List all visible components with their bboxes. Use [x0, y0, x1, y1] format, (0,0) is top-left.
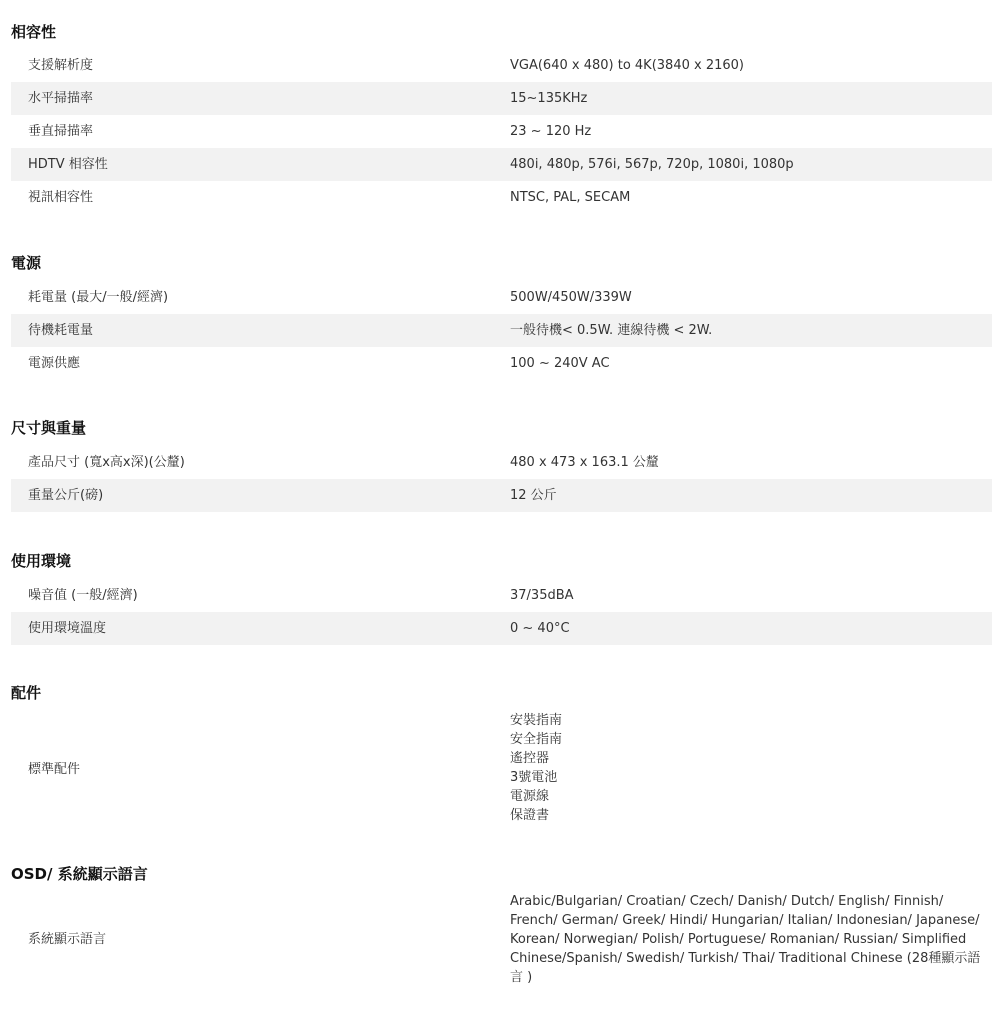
spec-label: 垂直掃描率: [28, 115, 93, 148]
spec-label: 使用環境溫度: [28, 612, 106, 645]
section-title-accessories: 配件: [11, 683, 41, 703]
spec-row-display-languages: 系統顯示語言 Arabic/Bulgarian/ Croatian/ Czech…: [11, 892, 992, 992]
spec-label: 水平掃描率: [28, 82, 93, 115]
spec-value: 100 ~ 240V AC: [510, 347, 610, 380]
spec-row-horizontal-scan: 水平掃描率 15~135KHz: [11, 82, 992, 115]
spec-value: 15~135KHz: [510, 82, 587, 115]
accessory-item: 遙控器: [510, 749, 562, 768]
accessory-list-container: 安裝指南 安全指南 遙控器 3號電池 電源線 保證書: [510, 711, 562, 825]
spec-value: NTSC, PAL, SECAM: [510, 181, 630, 214]
section-title-dimensions: 尺寸與重量: [11, 418, 86, 438]
spec-value: 480i, 480p, 576i, 567p, 720p, 1080i, 108…: [510, 148, 794, 181]
spec-label: 噪音值 (一般/經濟): [28, 579, 138, 612]
spec-value: 23 ~ 120 Hz: [510, 115, 591, 148]
spec-label: 耗電量 (最大/一般/經濟): [28, 281, 168, 314]
section-title-environment: 使用環境: [11, 551, 71, 571]
section-title-power: 電源: [11, 253, 41, 273]
spec-value: 0 ~ 40°C: [510, 612, 570, 645]
spec-value: 一般待機< 0.5W. 連線待機 < 2W.: [510, 314, 712, 347]
accessory-item: 保證書: [510, 806, 562, 825]
spec-label: 重量公斤(磅): [28, 479, 103, 512]
spec-label: 支援解析度: [28, 49, 93, 82]
accessory-item: 電源線: [510, 787, 562, 806]
accessory-item: 安裝指南: [510, 711, 562, 730]
spec-value: 37/35dBA: [510, 579, 574, 612]
spec-row-vertical-scan: 垂直掃描率 23 ~ 120 Hz: [11, 115, 992, 148]
spec-value: 500W/450W/339W: [510, 281, 632, 314]
spec-label: 標準配件: [28, 760, 80, 779]
spec-value: 480 x 473 x 163.1 公釐: [510, 446, 659, 479]
section-title-osd-language: OSD/ 系統顯示語言: [11, 864, 148, 884]
spec-value: VGA(640 x 480) to 4K(3840 x 2160): [510, 49, 744, 82]
language-list-text: Arabic/Bulgarian/ Croatian/ Czech/ Danis…: [510, 892, 985, 987]
spec-row-power-consumption: 耗電量 (最大/一般/經濟) 500W/450W/339W: [11, 281, 992, 314]
spec-row-video-compat: 視訊相容性 NTSC, PAL, SECAM: [11, 181, 992, 214]
spec-row-standard-accessories: 標準配件 安裝指南 安全指南 遙控器 3號電池 電源線 保證書: [11, 711, 992, 831]
spec-row-hdtv-compat: HDTV 相容性 480i, 480p, 576i, 567p, 720p, 1…: [11, 148, 992, 181]
spec-label: 系統顯示語言: [28, 930, 106, 949]
accessory-item: 3號電池: [510, 768, 562, 787]
spec-row-supported-resolution: 支援解析度 VGA(640 x 480) to 4K(3840 x 2160): [11, 49, 992, 82]
spec-label: HDTV 相容性: [28, 148, 108, 181]
spec-label: 視訊相容性: [28, 181, 93, 214]
spec-row-noise-level: 噪音值 (一般/經濟) 37/35dBA: [11, 579, 992, 612]
spec-label: 待機耗電量: [28, 314, 93, 347]
spec-row-operating-temp: 使用環境溫度 0 ~ 40°C: [11, 612, 992, 645]
accessory-item: 安全指南: [510, 730, 562, 749]
spec-row-standby-power: 待機耗電量 一般待機< 0.5W. 連線待機 < 2W.: [11, 314, 992, 347]
spec-value: 12 公斤: [510, 479, 557, 512]
accessory-list: 安裝指南 安全指南 遙控器 3號電池 電源線 保證書: [510, 711, 562, 825]
spec-row-product-dimensions: 產品尺寸 (寬x高x深)(公釐) 480 x 473 x 163.1 公釐: [11, 446, 992, 479]
section-title-compatibility: 相容性: [11, 22, 56, 42]
spec-label: 產品尺寸 (寬x高x深)(公釐): [28, 446, 185, 479]
spec-row-weight: 重量公斤(磅) 12 公斤: [11, 479, 992, 512]
spec-row-power-supply: 電源供應 100 ~ 240V AC: [11, 347, 992, 380]
spec-label: 電源供應: [28, 347, 80, 380]
